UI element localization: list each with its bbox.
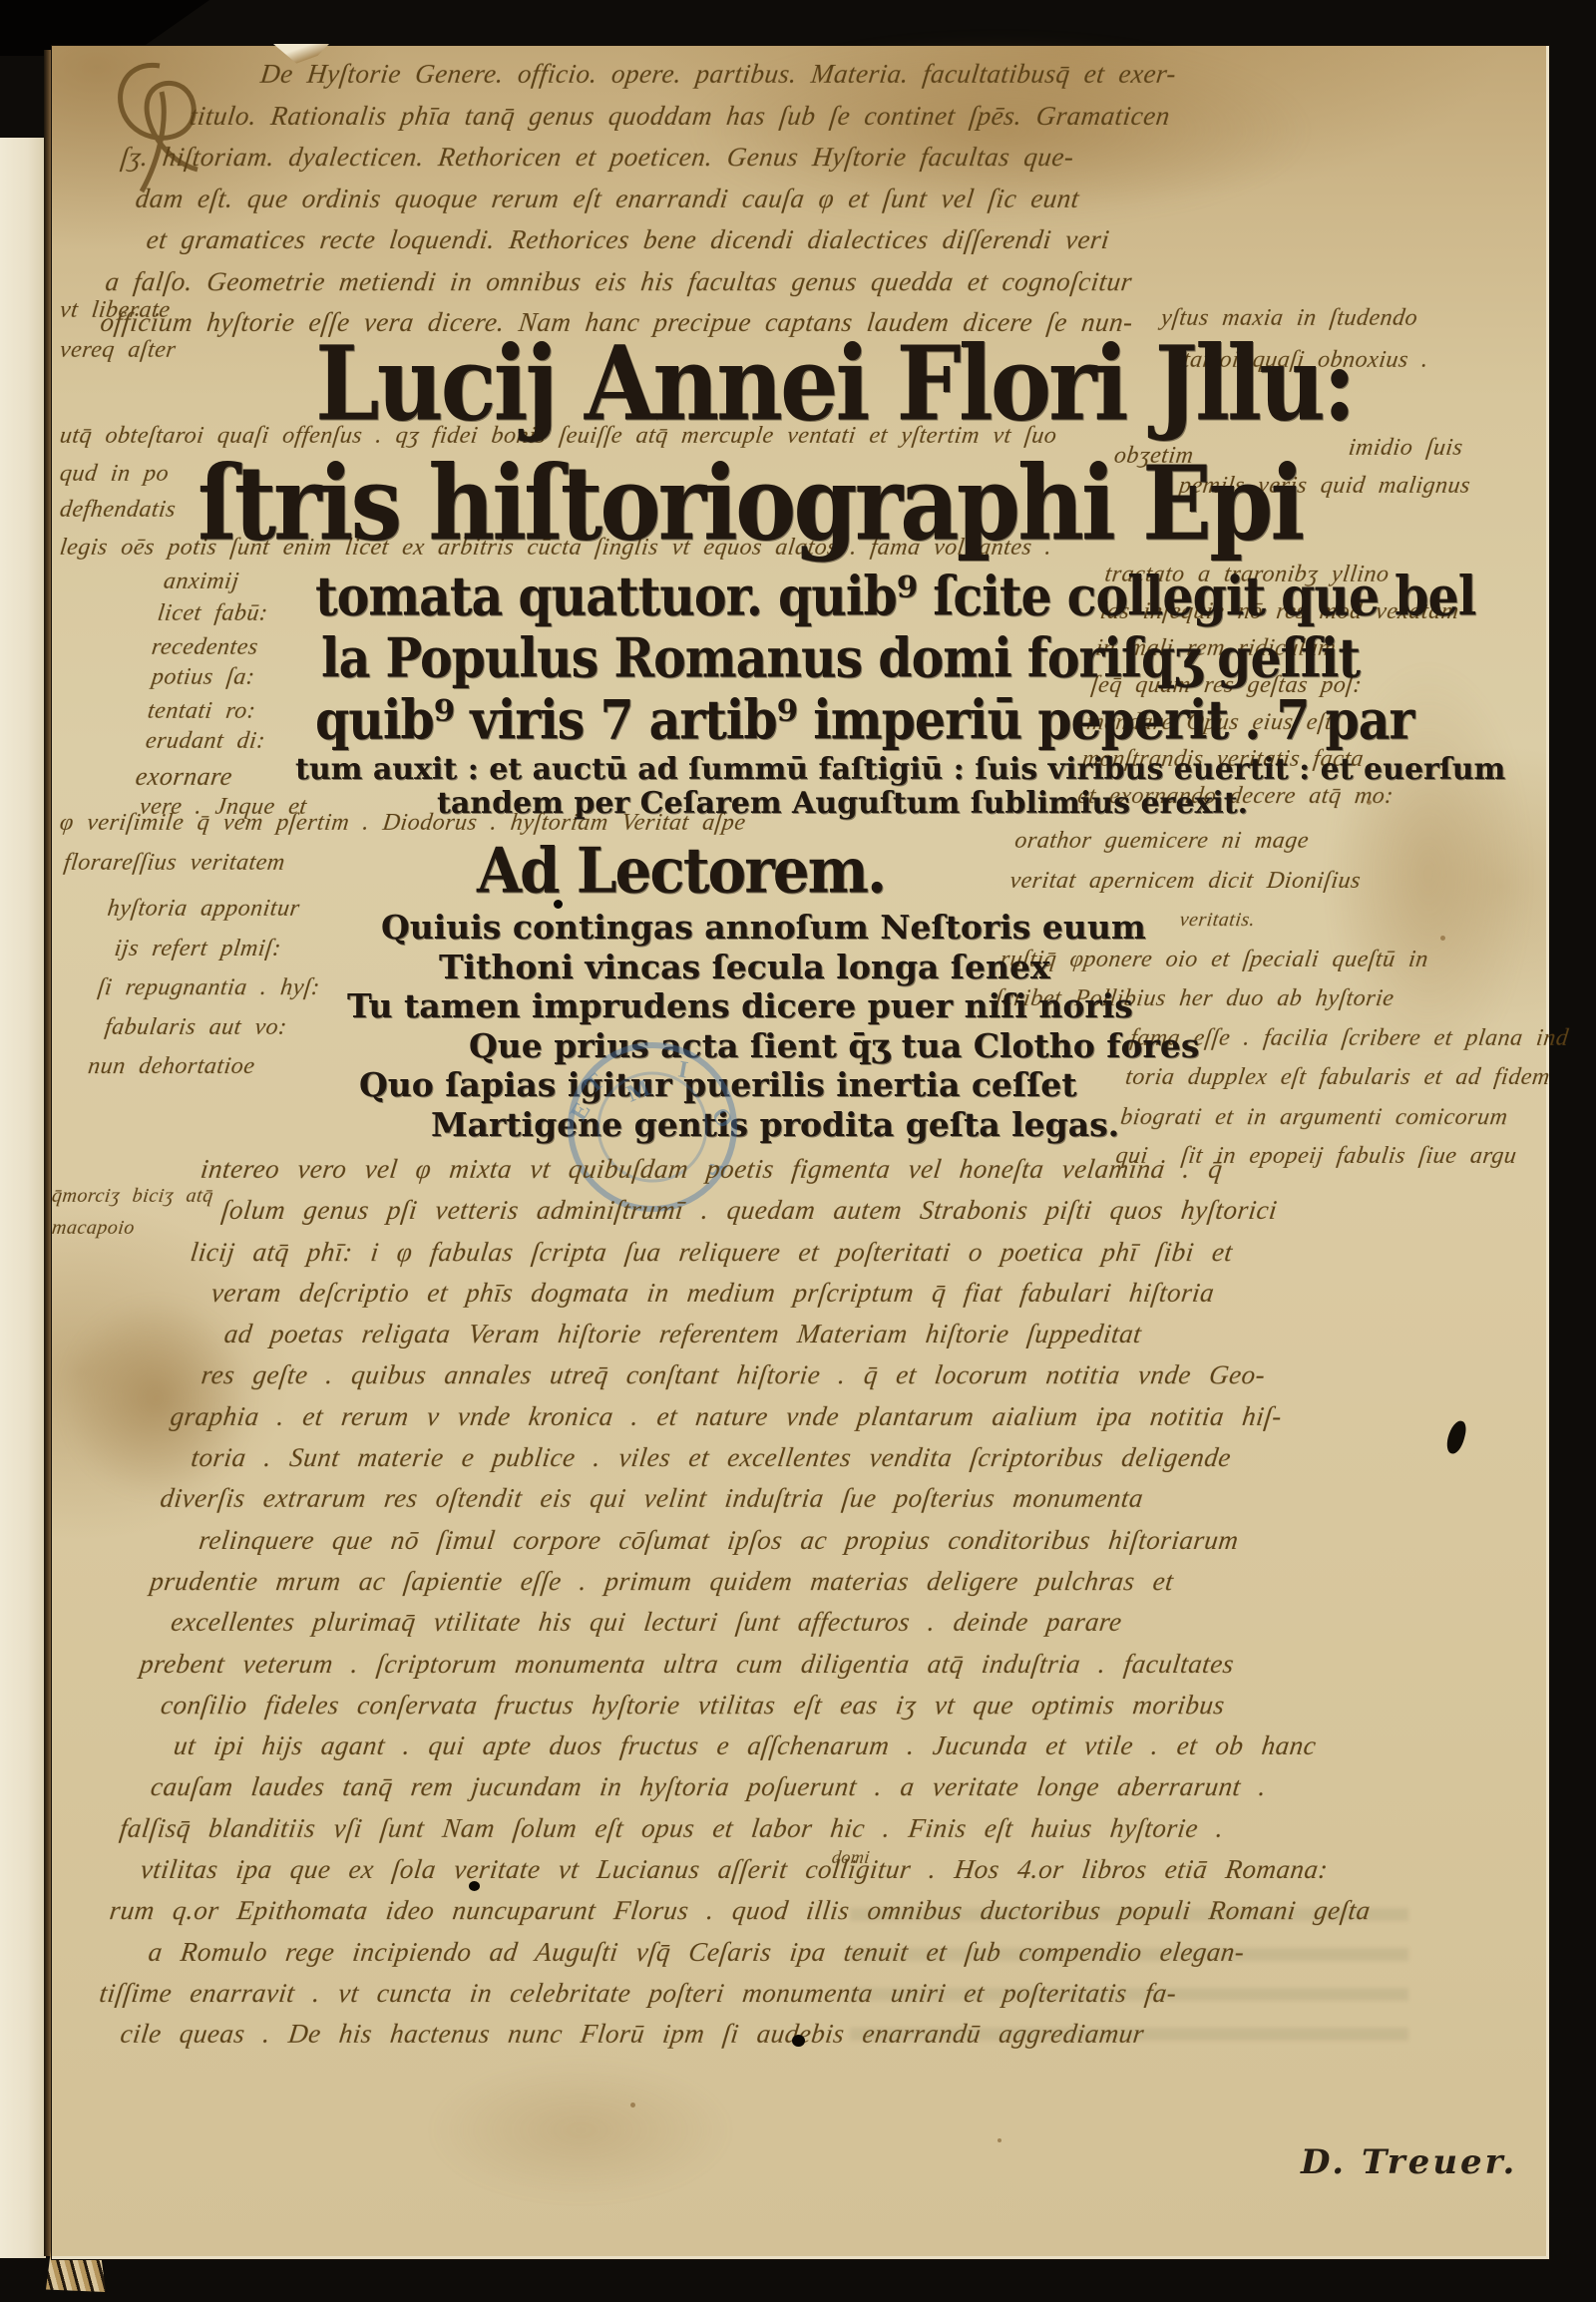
handwriting-line: prebent veterum . ſcriptorum monumenta u… <box>138 1644 1403 1685</box>
handwriting-line: ijs refert plmiſ: <box>100 930 326 969</box>
left-margin-note: anximij <box>162 569 240 595</box>
handwriting-line: excellentes plurimaq̄ vtilitate his qui … <box>143 1602 1408 1643</box>
poem-line: Quiuis contingas annoſum Neſtoris euum <box>347 908 1199 948</box>
handwriting-line: vtilitas ipa que ex ſola veritate vt Luc… <box>113 1849 1379 1890</box>
handwriting-line: fabularis aut vo: <box>91 1008 317 1048</box>
handwriting-line: veram deſcriptio et phīs dogmata in medi… <box>183 1273 1448 1314</box>
foxing-spot <box>1440 936 1445 941</box>
handwriting-line: rum q.or Epithomata ideo nuncuparunt Flo… <box>107 1890 1373 1931</box>
left-margin-note: macapoio <box>51 1217 137 1240</box>
left-margin-notes: hyſtoria apponitur ijs refert plmiſ: ſi … <box>86 890 332 1087</box>
printed-title-line: Lucij Annei Flori Jllu: <box>315 323 1354 444</box>
handwriting-line: cauſam laudes tanq̄ rem jucundam in hyſt… <box>123 1766 1389 1807</box>
foxing-spot <box>630 2103 635 2108</box>
marginal-note: vereq aſter <box>58 337 178 364</box>
handwriting-line: graphia . et rerum v vnde kronica . et n… <box>168 1396 1433 1437</box>
left-margin-note: erudant di: <box>144 728 266 755</box>
handwriting-line: De Hyſtorie Genere. officio. opere. part… <box>129 54 1179 96</box>
handwriting-line: a falſo. Geometrie metiendi in omnibus e… <box>103 261 1153 303</box>
left-margin-note: q̄morciʒ biciʒ atq̄ <box>51 1185 215 1208</box>
left-margin-note: licet fabū: <box>156 600 269 627</box>
printed-title-line: quib⁹ viris 7 artib⁹ imperiū peperit . 7… <box>315 688 1413 752</box>
handwriting-line: ad poetas religata Veram hiſtorie refere… <box>178 1314 1443 1354</box>
left-margin-note: tentati ro: <box>146 698 257 725</box>
printed-title-line: ſtris hiſtoriographi Epi <box>198 443 1302 564</box>
handwriting-line: toria . Sunt materie e publice . viles e… <box>163 1437 1428 1478</box>
headnote-handwriting: De Hyſtorie Genere. officio. opere. part… <box>98 54 1178 344</box>
marginal-note: qud in po <box>58 461 170 488</box>
handwriting-line: ut ipi hijs agant . qui apte duos fructu… <box>128 1726 1394 1766</box>
printed-section-heading: Ad Lectorem. <box>477 834 885 907</box>
stamp-letter: T <box>581 1068 609 1098</box>
printed-subtitle-line: tum auxit : et auctū ad ſummū faſtigiū :… <box>295 752 1505 787</box>
ink-blot <box>1444 1419 1468 1456</box>
foxing-spot <box>997 2138 1001 2142</box>
handwriting-line: veritat apernicem dicit Dioniſius <box>1007 862 1590 902</box>
printed-subtitle-line: tandem per Ceſarem Auguſtum ſublimius er… <box>437 786 1248 821</box>
handwriting-line: cile queas . De his hactenus nunc Florū … <box>92 2014 1358 2055</box>
owner-inscription: D. Treuer. <box>1301 2142 1517 2182</box>
handwriting-line: titulo. Rationalis phīa tanq̄ genus quod… <box>124 96 1174 138</box>
body-handwriting: intereo vero vel φ mixta vt quibuſdam po… <box>92 1149 1463 2056</box>
left-margin-note: potius ſa: <box>150 664 256 691</box>
handwriting-line: diverſis extrarum res oſtendit eis qui v… <box>158 1478 1423 1519</box>
printed-title-line: la Populus Romanus domi foriſqʒ geſſit <box>321 626 1360 690</box>
handwriting-line: licij atq̄ phī: i φ fabulas ſcripta ſua … <box>189 1232 1454 1273</box>
left-margin-note: recedentes <box>150 634 259 661</box>
handwriting-line: a Romulo rege incipiendo ad Auguſti vſq̄… <box>102 1932 1368 1973</box>
handwriting-line: et gramatices recte loquendi. Rethorices… <box>108 219 1158 261</box>
printed-poem: Quiuis contingas annoſum Neſtoris euum T… <box>347 908 1199 1144</box>
handwriting-line: nun dehortatioe <box>86 1047 312 1087</box>
handwriting-line: tiſſime enarravit . vt cuncta in celebri… <box>97 1973 1363 2014</box>
facing-flyleaf-edge <box>0 138 46 2258</box>
handwriting-line: falſisq̄ blanditiis vſi ſunt Nam ſolum e… <box>118 1808 1384 1849</box>
marginal-note: vt liberate <box>58 297 172 324</box>
left-margin-note: florareſſius veritatem <box>62 850 286 877</box>
handwriting-line: prudentie mrum ac ſapientie eſſe . primu… <box>148 1561 1413 1602</box>
handwriting-line: hyſtoria apponitur <box>105 890 331 930</box>
handwriting-line: ſi repugnantia . hyſ: <box>96 968 322 1008</box>
poem-line: Martigene gentis prodita geſta legas. <box>347 1105 1199 1145</box>
manuscript-page: De Hyſtorie Genere. officio. opere. part… <box>52 46 1549 2259</box>
poem-line: Tu tamen imprudens dicere puer niſi nori… <box>347 986 1199 1026</box>
poem-line: Tithoni vincas ſecula longa ſenex <box>347 948 1199 987</box>
wormhole <box>554 900 563 909</box>
poem-line: Que prius acta ſient q̄ʒ tua Clotho fore… <box>347 1026 1199 1066</box>
foxing-spot <box>1367 800 1372 805</box>
handwriting-line: relinquere que nō ſimul corpore cōſumat … <box>153 1520 1418 1561</box>
ink-stain <box>431 2061 730 2200</box>
handwriting-line: res geſte . quibus annales utreq̄ conſta… <box>173 1354 1438 1395</box>
left-margin-note: exornare <box>134 762 234 792</box>
handwriting-line: ſʒ. hiſtoriam. dyalecticen. Rethoricen e… <box>119 137 1169 179</box>
book-photo: { "printed": { "title_lines": [ "Lucij A… <box>0 0 1596 2302</box>
wormhole <box>792 2035 805 2047</box>
handwriting-line: orathor guemicere ni mage <box>1012 822 1595 862</box>
printed-title-line: tomata quattuor. quib⁹ ſcite collegit qu… <box>315 565 1475 628</box>
marginal-note: defhendatis <box>58 497 177 524</box>
wormhole <box>469 1881 480 1891</box>
handwriting-line: conſilio fideles conſervata fructus hyſt… <box>133 1685 1398 1726</box>
poem-line: Quo ſapias igitur puerilis inertia ceſſe… <box>347 1065 1199 1105</box>
marginal-note: imidio ſuis <box>1347 435 1464 462</box>
handwriting-line: intereo vero vel φ mixta vt quibuſdam po… <box>199 1149 1464 1190</box>
handwriting-line: ſolum genus pſi vetteris adminiſtrumī . … <box>194 1190 1459 1231</box>
handwriting-line: dam eſt. que ordinis quoque rerum eſt en… <box>113 179 1163 220</box>
stamp-letter: I <box>676 1056 690 1083</box>
